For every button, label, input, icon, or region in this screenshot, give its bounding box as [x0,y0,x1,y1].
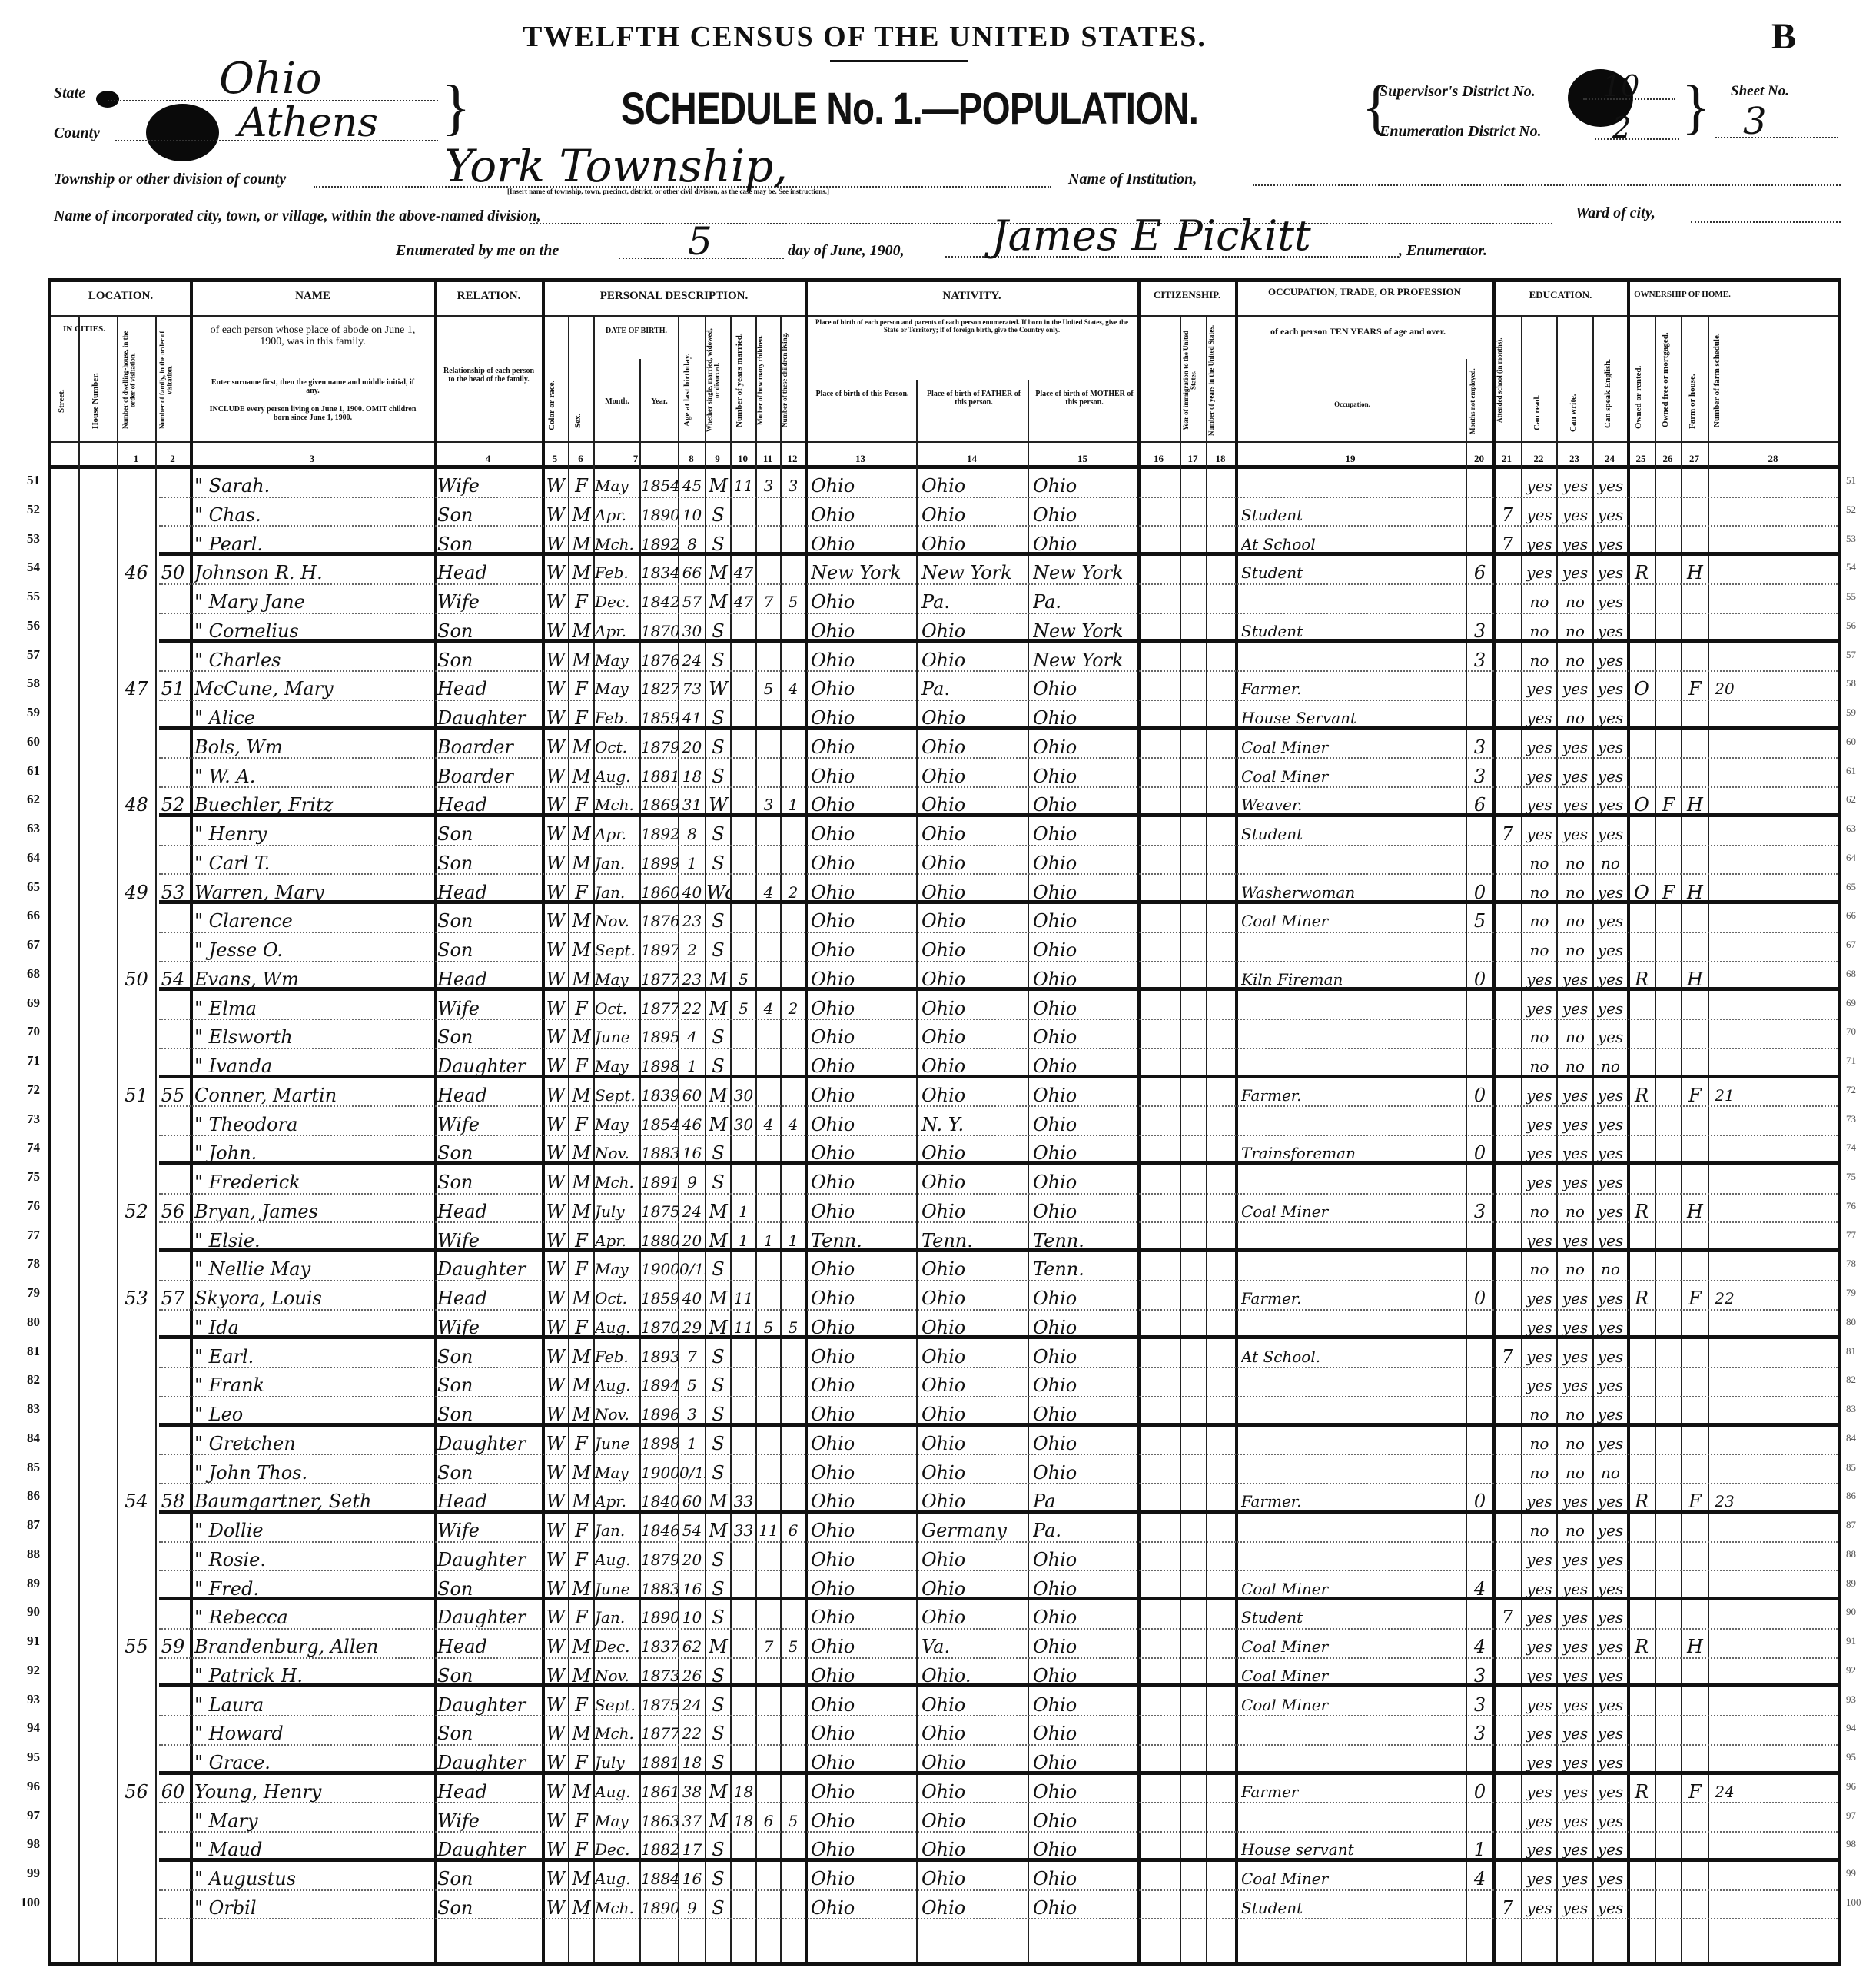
farm-or-house [1682,614,1708,643]
attended-school: 7 [1494,817,1521,846]
line-number-right: 72 [1846,1084,1856,1096]
table-row: 5660Young, HenryHeadWMAug.186138M18OhioO… [51,1775,1838,1804]
birthplace-mother: Pa. [1033,585,1137,613]
attended-school [1494,1484,1521,1513]
years-married [732,1688,755,1716]
family-number [156,1862,190,1890]
dwelling-number [119,585,154,613]
family-number [156,992,190,1020]
birthplace-person: Ohio [811,1862,916,1890]
farm-or-house [1682,1833,1708,1861]
farm-or-house: H [1682,876,1708,904]
family-number [156,614,190,643]
line-number-right: 75 [1846,1171,1856,1183]
children-living [782,1049,805,1078]
mother-of [757,904,780,932]
table-row: " CorneliusSonWMApr.187030SOhioOhioNew Y… [51,614,1838,643]
sex: M [569,817,593,846]
marital-status: S [706,1136,730,1165]
can-speak-english: yes [1594,1891,1627,1919]
sex: F [569,1543,593,1571]
table-row: " RebeccaDaughterWFJan.189010SOhioOhioOh… [51,1600,1838,1630]
farm-schedule-number [1709,788,1740,816]
birthplace-father: N. Y. [921,1108,1028,1136]
header-occupation: OCCUPATION, TRADE, OR PROFESSION [1237,287,1492,297]
marital-status: M [706,1195,730,1223]
dwelling-number: 53 [119,1281,154,1310]
can-write: yes [1558,730,1592,759]
line-number-right: 70 [1846,1025,1856,1038]
free-or-mortgaged [1656,817,1681,846]
can-write: no [1558,876,1592,904]
can-write: yes [1558,1108,1592,1136]
dwelling-number [119,1891,154,1919]
age: 8 [679,817,705,846]
age: 40 [679,876,705,904]
owned-or-rented: R [1629,1630,1655,1658]
birth-year: 1860 [641,876,678,904]
children-living [782,1340,805,1368]
mother-of [757,527,780,556]
relation: Daughter [437,1600,542,1629]
color: W [543,904,568,932]
marital-status: M [706,1311,730,1339]
can-speak-english: yes [1594,1484,1627,1513]
color: W [543,1804,568,1833]
free-or-mortgaged [1656,1252,1681,1281]
farm-schedule-number [1709,1891,1740,1919]
color: W [543,1368,568,1397]
line-number-right: 58 [1846,677,1856,690]
birth-year: 1890 [641,1600,678,1629]
line-number: 90 [9,1604,40,1620]
family-number [156,1716,190,1745]
sex: M [569,498,593,527]
months-not-employed: 4 [1467,1862,1492,1890]
farm-or-house [1682,1224,1708,1252]
column-number: 7 [593,453,678,465]
state-label: State [54,85,85,102]
marital-status: M [706,1630,730,1658]
owned-or-rented [1629,527,1655,556]
line-number: 52 [9,502,40,517]
birthplace-father: Ohio [921,1543,1028,1571]
birth-month: May [595,1456,639,1484]
years-married: 30 [732,1078,755,1107]
birth-year: 1882 [641,1833,678,1861]
attended-school [1494,643,1521,672]
column-number: 20 [1466,453,1492,465]
family-number [156,643,190,672]
sex: M [569,1165,593,1194]
can-write: no [1558,643,1592,672]
column-number: 25 [1627,453,1655,465]
sex: F [569,701,593,729]
free-or-mortgaged [1656,1427,1681,1455]
mother-of [757,1833,780,1861]
can-read: no [1522,933,1556,962]
mother-of [757,1165,780,1194]
birthplace-father: Pa. [921,585,1028,613]
farm-or-house [1682,933,1708,962]
owned-or-rented [1629,1397,1655,1426]
occupation [1241,585,1466,613]
family-number [156,1108,190,1136]
owned-or-rented [1629,817,1655,846]
sheet-letter: B [1771,15,1796,58]
farm-schedule-number [1709,962,1740,991]
person-name: Johnson R. H. [194,556,434,584]
color: W [543,1195,568,1223]
table-row: " Pearl.SonWMMch.18928SOhioOhioOhioAt Sc… [51,527,1838,557]
table-row: " Chas.SonWMApr.189010SOhioOhioOhioStude… [51,498,1838,527]
can-speak-english: yes [1594,1108,1627,1136]
column-number: 21 [1492,453,1521,465]
table-row: " Earl.SonWMFeb.18937SOhioOhioOhioAt Sch… [51,1340,1838,1369]
occupation: Coal Miner [1241,1195,1466,1223]
birthplace-father: Ohio [921,1165,1028,1194]
free-or-mortgaged [1656,730,1681,759]
marital-status: S [706,933,730,962]
birth-year: 1883 [641,1136,678,1165]
birth-year: 1869 [641,788,678,816]
can-speak-english: yes [1594,1716,1627,1745]
occupation [1241,1252,1466,1281]
header-rule [51,441,1838,443]
mother-of [757,1136,780,1165]
age: 24 [679,1688,705,1716]
birthplace-person: Ohio [811,1195,916,1223]
birth-year: 1892 [641,817,678,846]
line-number-right: 51 [1846,474,1856,487]
years-married [732,1165,755,1194]
attended-school [1494,1427,1521,1455]
color: W [543,1659,568,1687]
birthplace-father: Ohio [921,876,1028,904]
population-schedule-table: LOCATION. IN CITIES. Street. House Numbe… [48,278,1841,1966]
header-location: LOCATION. [51,290,190,303]
birthplace-father: Ohio [921,1311,1028,1339]
farm-schedule-number [1709,1311,1740,1339]
relation: Wife [437,469,542,497]
free-or-mortgaged [1656,1484,1681,1513]
family-number [156,469,190,497]
children-living [782,962,805,991]
farm-schedule-number [1709,1456,1740,1484]
age: 3 [679,1397,705,1426]
attended-school [1494,992,1521,1020]
family-number [156,1804,190,1833]
line-number: 99 [9,1866,40,1881]
months-not-employed [1467,1108,1492,1136]
children-living: 5 [782,1804,805,1833]
months-not-employed [1467,1514,1492,1542]
can-read: yes [1522,1078,1556,1107]
age: 18 [679,759,705,788]
relation: Son [437,643,542,672]
header-relation: RELATION. [436,290,542,303]
farm-or-house [1682,1862,1708,1890]
birthplace-person: Ohio [811,1368,916,1397]
owned-or-rented [1629,1862,1655,1890]
line-number-right: 69 [1846,997,1856,1009]
color: W [543,817,568,846]
birth-month: July [595,1746,639,1774]
farm-schedule-number [1709,1514,1740,1542]
birth-month: Jan. [595,846,639,875]
sex: M [569,846,593,875]
can-write: yes [1558,1543,1592,1571]
dwelling-number [119,1252,154,1281]
occupation [1241,469,1466,497]
children-living: 3 [782,469,805,497]
marital-status: S [706,1397,730,1426]
person-name: " Rebecca [194,1600,434,1629]
marital-status: S [706,701,730,729]
attended-school: 7 [1494,1600,1521,1629]
months-not-employed: 3 [1467,759,1492,788]
table-row: " ElsworthSonWMJune18954SOhioOhioOhionon… [51,1020,1838,1049]
color: W [543,1862,568,1890]
family-number [156,904,190,932]
color: W [543,1484,568,1513]
birthplace-father: Ohio [921,759,1028,788]
children-living: 2 [782,992,805,1020]
birth-year: 1890 [641,498,678,527]
can-speak-english: yes [1594,701,1627,729]
marital-status: S [706,614,730,643]
can-speak-english: no [1594,1049,1627,1078]
birthplace-father: Ohio [921,1775,1028,1803]
occupation [1241,933,1466,962]
can-write: no [1558,1049,1592,1078]
dwelling-number [119,1514,154,1542]
line-number-right: 60 [1846,736,1856,748]
sheet-number-label: Sheet No. [1731,83,1789,100]
header-years-us: Number of years in the United States. [1208,324,1231,436]
enumeration-value: 2 [1612,111,1631,145]
relation: Son [437,1165,542,1194]
attended-school [1494,1833,1521,1861]
relation: Son [437,1368,542,1397]
occupation: Farmer. [1241,1484,1466,1513]
children-living: 1 [782,1224,805,1252]
relation: Son [437,498,542,527]
birthplace-person: Ohio [811,1136,916,1165]
table-row: " HenrySonWMApr.18928SOhioOhioOhioStuden… [51,817,1838,846]
occupation: Coal Miner [1241,904,1466,932]
free-or-mortgaged [1656,992,1681,1020]
birthplace-person: Ohio [811,1716,916,1745]
birth-year: 1881 [641,1746,678,1774]
age: 9 [679,1891,705,1919]
birth-year: 1875 [641,1195,678,1223]
free-or-mortgaged [1656,1224,1681,1252]
person-name: " Dollie [194,1514,434,1542]
birthplace-mother: Ohio [1033,1716,1137,1745]
line-number-right: 100 [1846,1896,1861,1909]
years-married: 1 [732,1195,755,1223]
dwelling-number [119,992,154,1020]
relation: Head [437,788,542,816]
attended-school [1494,614,1521,643]
free-or-mortgaged [1656,1311,1681,1339]
person-name: " Jesse O. [194,933,434,962]
months-not-employed: 0 [1467,1281,1492,1310]
family-number: 50 [156,556,190,584]
relation: Daughter [437,1543,542,1571]
can-read: yes [1522,556,1556,584]
age: 16 [679,1572,705,1600]
can-read: yes [1522,1862,1556,1890]
age: 20 [679,1543,705,1571]
person-name: " Elma [194,992,434,1020]
free-or-mortgaged [1656,469,1681,497]
birthplace-mother: Ohio [1033,1630,1137,1658]
mother-of [757,614,780,643]
age: 60 [679,1484,705,1513]
birth-month: May [595,672,639,700]
farm-schedule-number [1709,1833,1740,1861]
owned-or-rented [1629,585,1655,613]
schedule-title: SCHEDULE No. 1.—POPULATION. [621,83,1198,135]
farm-schedule-number [1709,1165,1740,1194]
birthplace-father: Ohio [921,1049,1028,1078]
mother-of [757,1746,780,1774]
months-not-employed: 0 [1467,1136,1492,1165]
can-write: no [1558,1456,1592,1484]
children-living [782,1833,805,1861]
color: W [543,788,568,816]
owned-or-rented [1629,1746,1655,1774]
birth-month: Sept. [595,933,639,962]
marital-status: S [706,759,730,788]
color: W [543,933,568,962]
farm-schedule-number [1709,730,1740,759]
relation: Head [437,962,542,991]
birth-month: Apr. [595,1484,639,1513]
free-or-mortgaged [1656,1456,1681,1484]
mother-of [757,1049,780,1078]
farm-schedule-number: 24 [1709,1775,1740,1803]
township-label: Township or other division of county [54,171,286,188]
sex: M [569,730,593,759]
farm-schedule-number [1709,1427,1740,1455]
farm-schedule-number: 20 [1709,672,1740,700]
can-write: no [1558,701,1592,729]
children-living: 4 [782,672,805,700]
sex: F [569,1833,593,1861]
farm-or-house [1682,1659,1708,1687]
owned-or-rented: O [1629,876,1655,904]
birthplace-mother: Ohio [1033,1049,1137,1078]
age: 73 [679,672,705,700]
children-living [782,1716,805,1745]
can-read: yes [1522,1484,1556,1513]
birthplace-person: Ohio [811,1775,916,1803]
dwelling-number: 49 [119,876,154,904]
table-row: " AugustusSonWMAug.188416SOhioOhioOhioCo… [51,1862,1838,1891]
farm-or-house: H [1682,962,1708,991]
can-speak-english: no [1594,1456,1627,1484]
color: W [543,759,568,788]
dwelling-number: 51 [119,1078,154,1107]
occupation [1241,1165,1466,1194]
sex: F [569,1224,593,1252]
years-married [732,1136,755,1165]
marital-status: S [706,1600,730,1629]
birthplace-mother: Ohio [1033,846,1137,875]
free-or-mortgaged [1656,701,1681,729]
occupation [1241,1049,1466,1078]
relation: Boarder [437,759,542,788]
marital-status: M [706,556,730,584]
birth-month: June [595,1572,639,1600]
years-married: 33 [732,1484,755,1513]
farm-or-house: H [1682,556,1708,584]
birthplace-person: Ohio [811,1514,916,1542]
attended-school [1494,1136,1521,1165]
farm-schedule-number [1709,1659,1740,1687]
birth-month: Mch. [595,527,639,556]
age: 22 [679,992,705,1020]
farm-schedule-number [1709,1252,1740,1281]
table-row: " Carl T.SonWMJan.18991SOhioOhioOhionono… [51,846,1838,876]
line-number-right: 77 [1846,1229,1856,1241]
mother-of [757,1195,780,1223]
birthplace-father: Ohio [921,933,1028,962]
header-color: Color or race. [548,374,557,436]
birth-year: 1893 [641,1340,678,1368]
line-number: 82 [9,1372,40,1387]
occupation: Farmer. [1241,672,1466,700]
can-speak-english: yes [1594,585,1627,613]
can-speak-english: yes [1594,1224,1627,1252]
dwelling-number [119,1862,154,1890]
mother-of: 6 [757,1804,780,1833]
can-speak-english: yes [1594,1368,1627,1397]
can-read: yes [1522,1572,1556,1600]
age: 10 [679,1600,705,1629]
color: W [543,1281,568,1310]
children-living [782,701,805,729]
birth-year: 1877 [641,992,678,1020]
attended-school [1494,1165,1521,1194]
brace: } [441,77,470,138]
free-or-mortgaged [1656,1716,1681,1745]
table-row: " GretchenDaughterWFJune18981SOhioOhioOh… [51,1427,1838,1456]
mother-of [757,556,780,584]
years-married: 5 [732,992,755,1020]
farm-or-house [1682,992,1708,1020]
column-number: 2 [155,453,190,465]
header-occupation-col: Occupation. [1239,401,1466,409]
line-number-right: 56 [1846,620,1856,632]
line-number-right: 78 [1846,1258,1856,1270]
can-speak-english: yes [1594,1833,1627,1861]
sex: M [569,1020,593,1048]
months-not-employed [1467,846,1492,875]
free-or-mortgaged [1656,1049,1681,1078]
dwelling-number [119,527,154,556]
birthplace-person: Ohio [811,1108,916,1136]
months-not-employed: 6 [1467,788,1492,816]
family-number: 52 [156,788,190,816]
color: W [543,1165,568,1194]
occupation: House servant [1241,1833,1466,1861]
owned-or-rented [1629,1833,1655,1861]
farm-or-house [1682,1165,1708,1194]
